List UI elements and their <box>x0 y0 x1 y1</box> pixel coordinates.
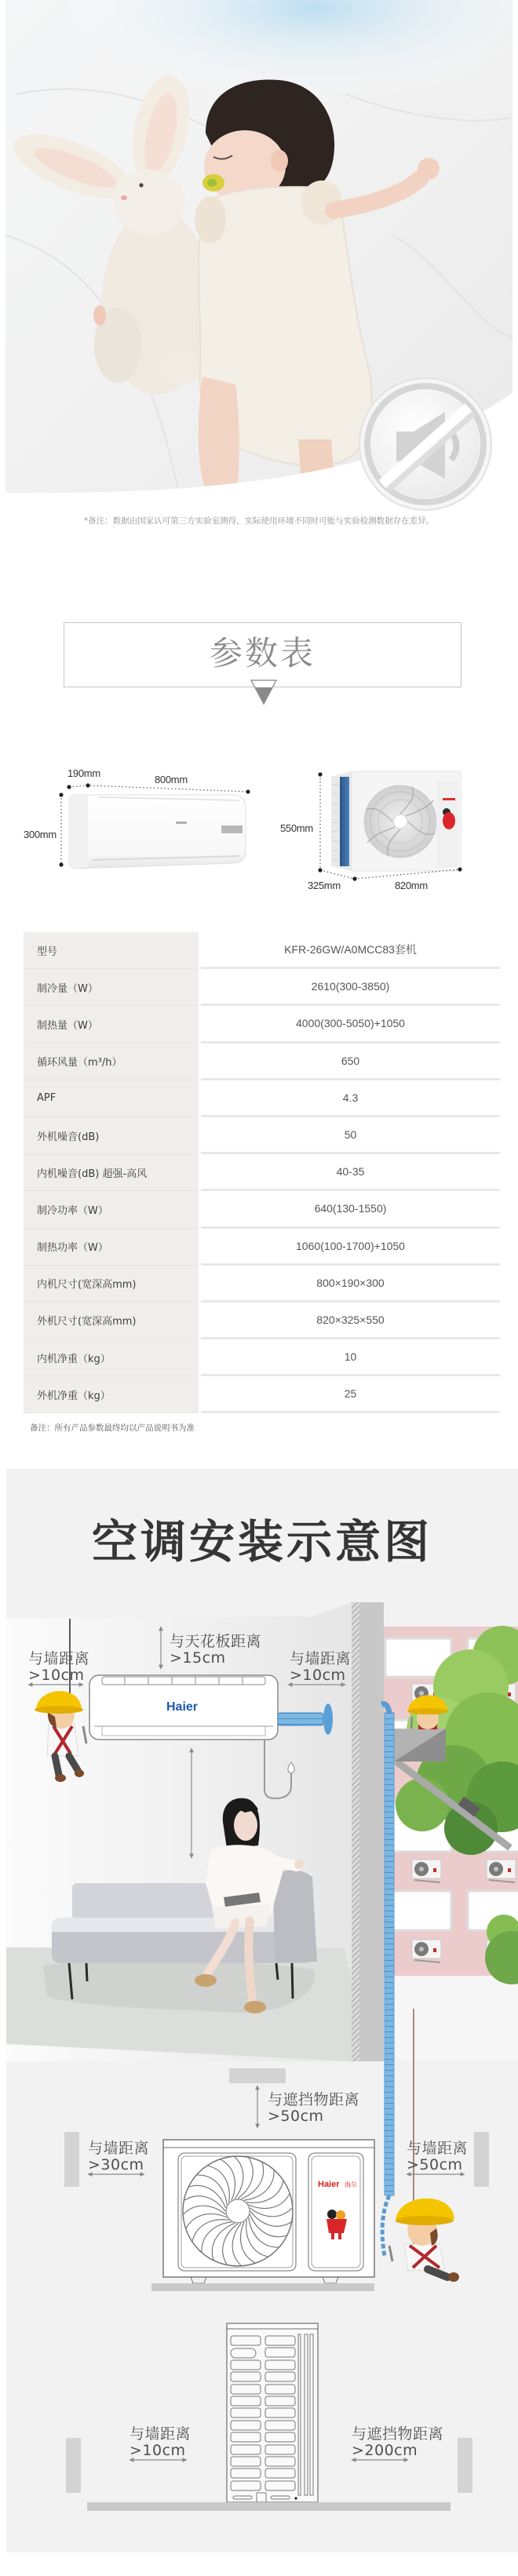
table-row: 型号 KFR-26GW/A0MCC83套机 <box>24 932 500 969</box>
table-row: 制热功率（W） 1060(100-1700)+1050 <box>24 1229 500 1266</box>
indoor-height-label: 300mm <box>24 829 57 841</box>
clearance-label: 与墙距离 <box>407 2141 468 2157</box>
table-row: 循环风量（m³/h） 650 <box>24 1044 500 1080</box>
outdoor-ac-unit: Haier 海尔 <box>151 2140 374 2291</box>
row-label: 循环风量（m³/h） <box>24 1044 199 1080</box>
clearance-value: >200cm <box>352 2443 443 2459</box>
clearance-label: 与墙距离 <box>129 2426 191 2443</box>
table-row: 制热量（W） 4000(300-5050)+1050 <box>24 1006 500 1043</box>
indoor-width-label: 800mm <box>155 774 188 786</box>
table-row: APF 4.3 <box>24 1080 500 1117</box>
row-label: 制冷功率（W） <box>24 1191 199 1228</box>
outdoor-width-label: 820mm <box>395 880 428 892</box>
row-value: 2610(300-3850) <box>201 969 500 1006</box>
row-label: 型号 <box>24 932 199 969</box>
clearance-value: >10cm <box>290 1667 351 1684</box>
indoor-depth-label: 190mm <box>67 767 100 780</box>
table-row: 内机净重（kg） 10 <box>24 1339 500 1376</box>
row-value: 50 <box>201 1117 500 1154</box>
clearance-value: >50cm <box>407 2157 468 2173</box>
clearance-value: >30cm <box>88 2157 149 2173</box>
spec-table-note: 备注：所有产品参数最终均以产品说明书为准 <box>30 1423 195 1434</box>
hero-disclaimer-note: *备注：数据由国家认可第三方实验室测得，实际使用环境不同时可能与实验检测数据存在… <box>0 516 518 526</box>
table-row: 内机噪音(dB) 超强-高风 40-35 <box>24 1154 500 1191</box>
row-value: 10 <box>201 1339 500 1376</box>
outdoor-unit-brand-cn: 海尔 <box>345 2181 357 2188</box>
row-label: 制冷量（W） <box>24 969 199 1006</box>
triangle-down-icon <box>250 679 278 705</box>
side-right-obstacle-marker <box>458 2438 472 2493</box>
table-row: 制冷量（W） 2610(300-3850) <box>24 969 500 1006</box>
row-label: 外机尺寸(宽深高mm) <box>24 1303 199 1339</box>
clearance-label: 与墙距离 <box>290 1651 351 1667</box>
row-value: 40-35 <box>201 1154 500 1191</box>
clearance-indoor-right-wall: 与墙距离 >10cm <box>290 1651 351 1684</box>
installation-title: 空调安装示意图 <box>6 1514 518 1569</box>
top-obstacle <box>229 2068 286 2083</box>
table-row: 内机尺寸(宽深高mm) 800×190×300 <box>24 1266 500 1303</box>
row-value: KFR-26GW/A0MCC83套机 <box>201 932 500 969</box>
outdoor-unit-photo <box>331 771 461 871</box>
clearance-label: 与遮挡物距离 <box>268 2092 359 2108</box>
indoor-unit-photo <box>69 795 246 869</box>
outdoor-unit-brand-logo: Haier <box>318 2180 340 2189</box>
clearance-indoor-left-wall: 与墙距离 >10cm <box>28 1651 89 1684</box>
spec-table: 型号 KFR-26GW/A0MCC83套机 制冷量（W） 2610(300-38… <box>24 932 500 1413</box>
row-label: 制热量（W） <box>24 1006 199 1043</box>
clearance-outdoor-right-wall: 与墙距离 >50cm <box>407 2141 468 2173</box>
clearance-value: >10cm <box>28 1667 89 1684</box>
table-row: 制冷功率（W） 640(130-1550) <box>24 1191 500 1228</box>
row-label: APF <box>24 1080 199 1117</box>
row-value: 4.3 <box>201 1080 500 1117</box>
outdoor-depth-label: 325mm <box>308 880 341 892</box>
clearance-label: 与天花板距离 <box>170 1634 261 1650</box>
row-label: 外机噪音(dB) <box>24 1117 199 1154</box>
clearance-outdoor-top-obstacle: 与遮挡物距离 >50cm <box>268 2092 359 2125</box>
spec-section-header: 参数表 <box>64 622 461 687</box>
clearance-side-left-wall: 与墙距离 >10cm <box>129 2426 191 2459</box>
product-detail-page: *备注：数据由国家认可第三方实验室测得，实际使用环境不同时可能与实验检测数据存在… <box>0 0 518 2576</box>
hero-photo <box>0 0 518 515</box>
row-value: 650 <box>201 1044 500 1080</box>
row-value: 820×325×550 <box>201 1303 500 1339</box>
table-row: 外机尺寸(宽深高mm) 820×325×550 <box>24 1303 500 1339</box>
row-value: 640(130-1550) <box>201 1191 500 1228</box>
row-label: 制热功率（W） <box>24 1229 199 1266</box>
row-label: 内机尺寸(宽深高mm) <box>24 1266 199 1303</box>
row-label: 内机噪音(dB) 超强-高风 <box>24 1154 199 1191</box>
spec-section-title: 参数表 <box>64 623 461 684</box>
outdoor-height-label: 550mm <box>280 822 313 835</box>
installation-diagram: Haier <box>0 1469 518 2552</box>
mute-speaker-icon <box>359 378 491 510</box>
row-label: 内机净重（kg） <box>24 1339 199 1376</box>
clearance-side-front-obstacle: 与遮挡物距离 >200cm <box>352 2426 443 2459</box>
row-value: 800×190×300 <box>201 1266 500 1303</box>
clearance-indoor-ceiling: 与天花板距离 >15cm <box>170 1634 261 1667</box>
indoor-unit-brand-logo: Haier <box>166 1700 198 1714</box>
clearance-value: >15cm <box>170 1650 261 1667</box>
table-row: 外机噪音(dB) 50 <box>24 1117 500 1154</box>
indoor-ac-unit: Haier <box>89 1675 278 1740</box>
left-wall-marker <box>64 2132 79 2187</box>
row-value: 4000(300-5050)+1050 <box>201 1006 500 1043</box>
table-row: 外机净重（kg） 25 <box>24 1376 500 1413</box>
clearance-value: >50cm <box>268 2108 359 2125</box>
right-wall-marker <box>474 2132 489 2187</box>
row-value: 1060(100-1700)+1050 <box>201 1229 500 1266</box>
clearance-label: 与墙距离 <box>88 2141 149 2157</box>
side-left-wall-marker <box>66 2438 81 2493</box>
row-label: 外机净重（kg） <box>24 1376 199 1413</box>
row-value: 25 <box>201 1376 500 1413</box>
clearance-value: >10cm <box>129 2443 191 2459</box>
exterior-wall <box>352 1602 384 2061</box>
clearance-label: 与遮挡物距离 <box>352 2426 443 2443</box>
clearance-label: 与墙距离 <box>28 1651 89 1667</box>
clearance-outdoor-left-wall: 与墙距离 >30cm <box>88 2141 149 2173</box>
